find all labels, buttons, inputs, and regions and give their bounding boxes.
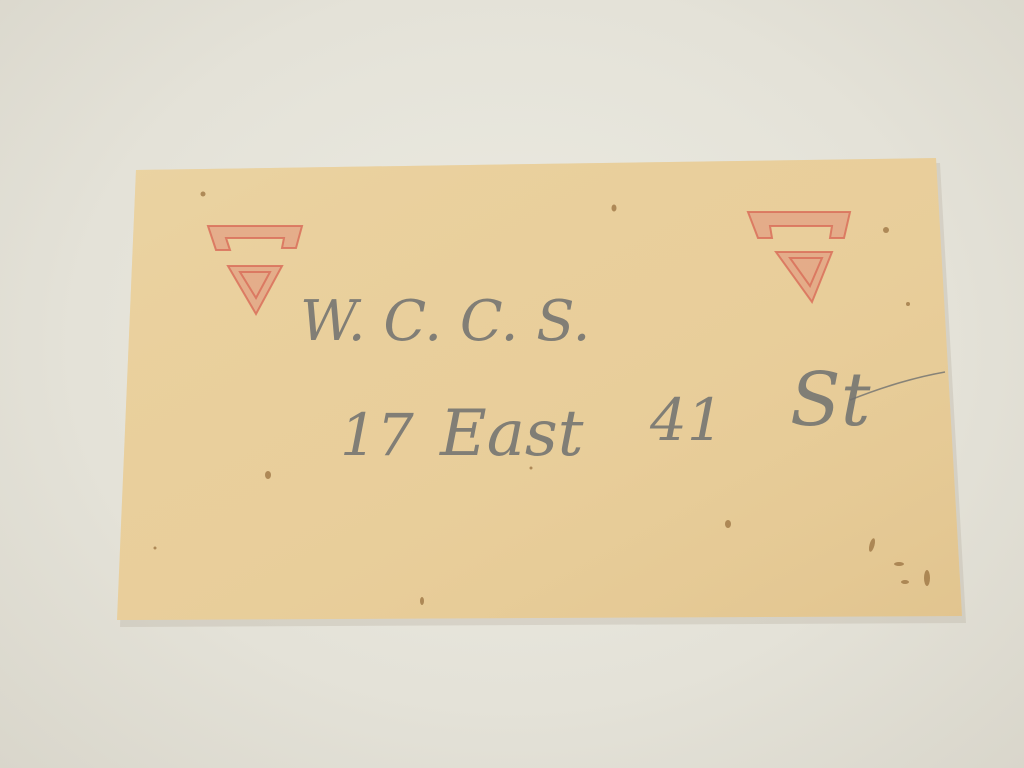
- handwritten-street-number: 41: [649, 386, 724, 454]
- handwritten-house-number: 17: [340, 401, 414, 469]
- card-photo: W. C. C. S. 17 East 41 St: [0, 0, 1024, 768]
- handwritten-street-name: East: [439, 397, 584, 471]
- handwritten-line-1: W. C. C. S.: [300, 289, 590, 354]
- handwritten-street-suffix: St: [790, 357, 871, 443]
